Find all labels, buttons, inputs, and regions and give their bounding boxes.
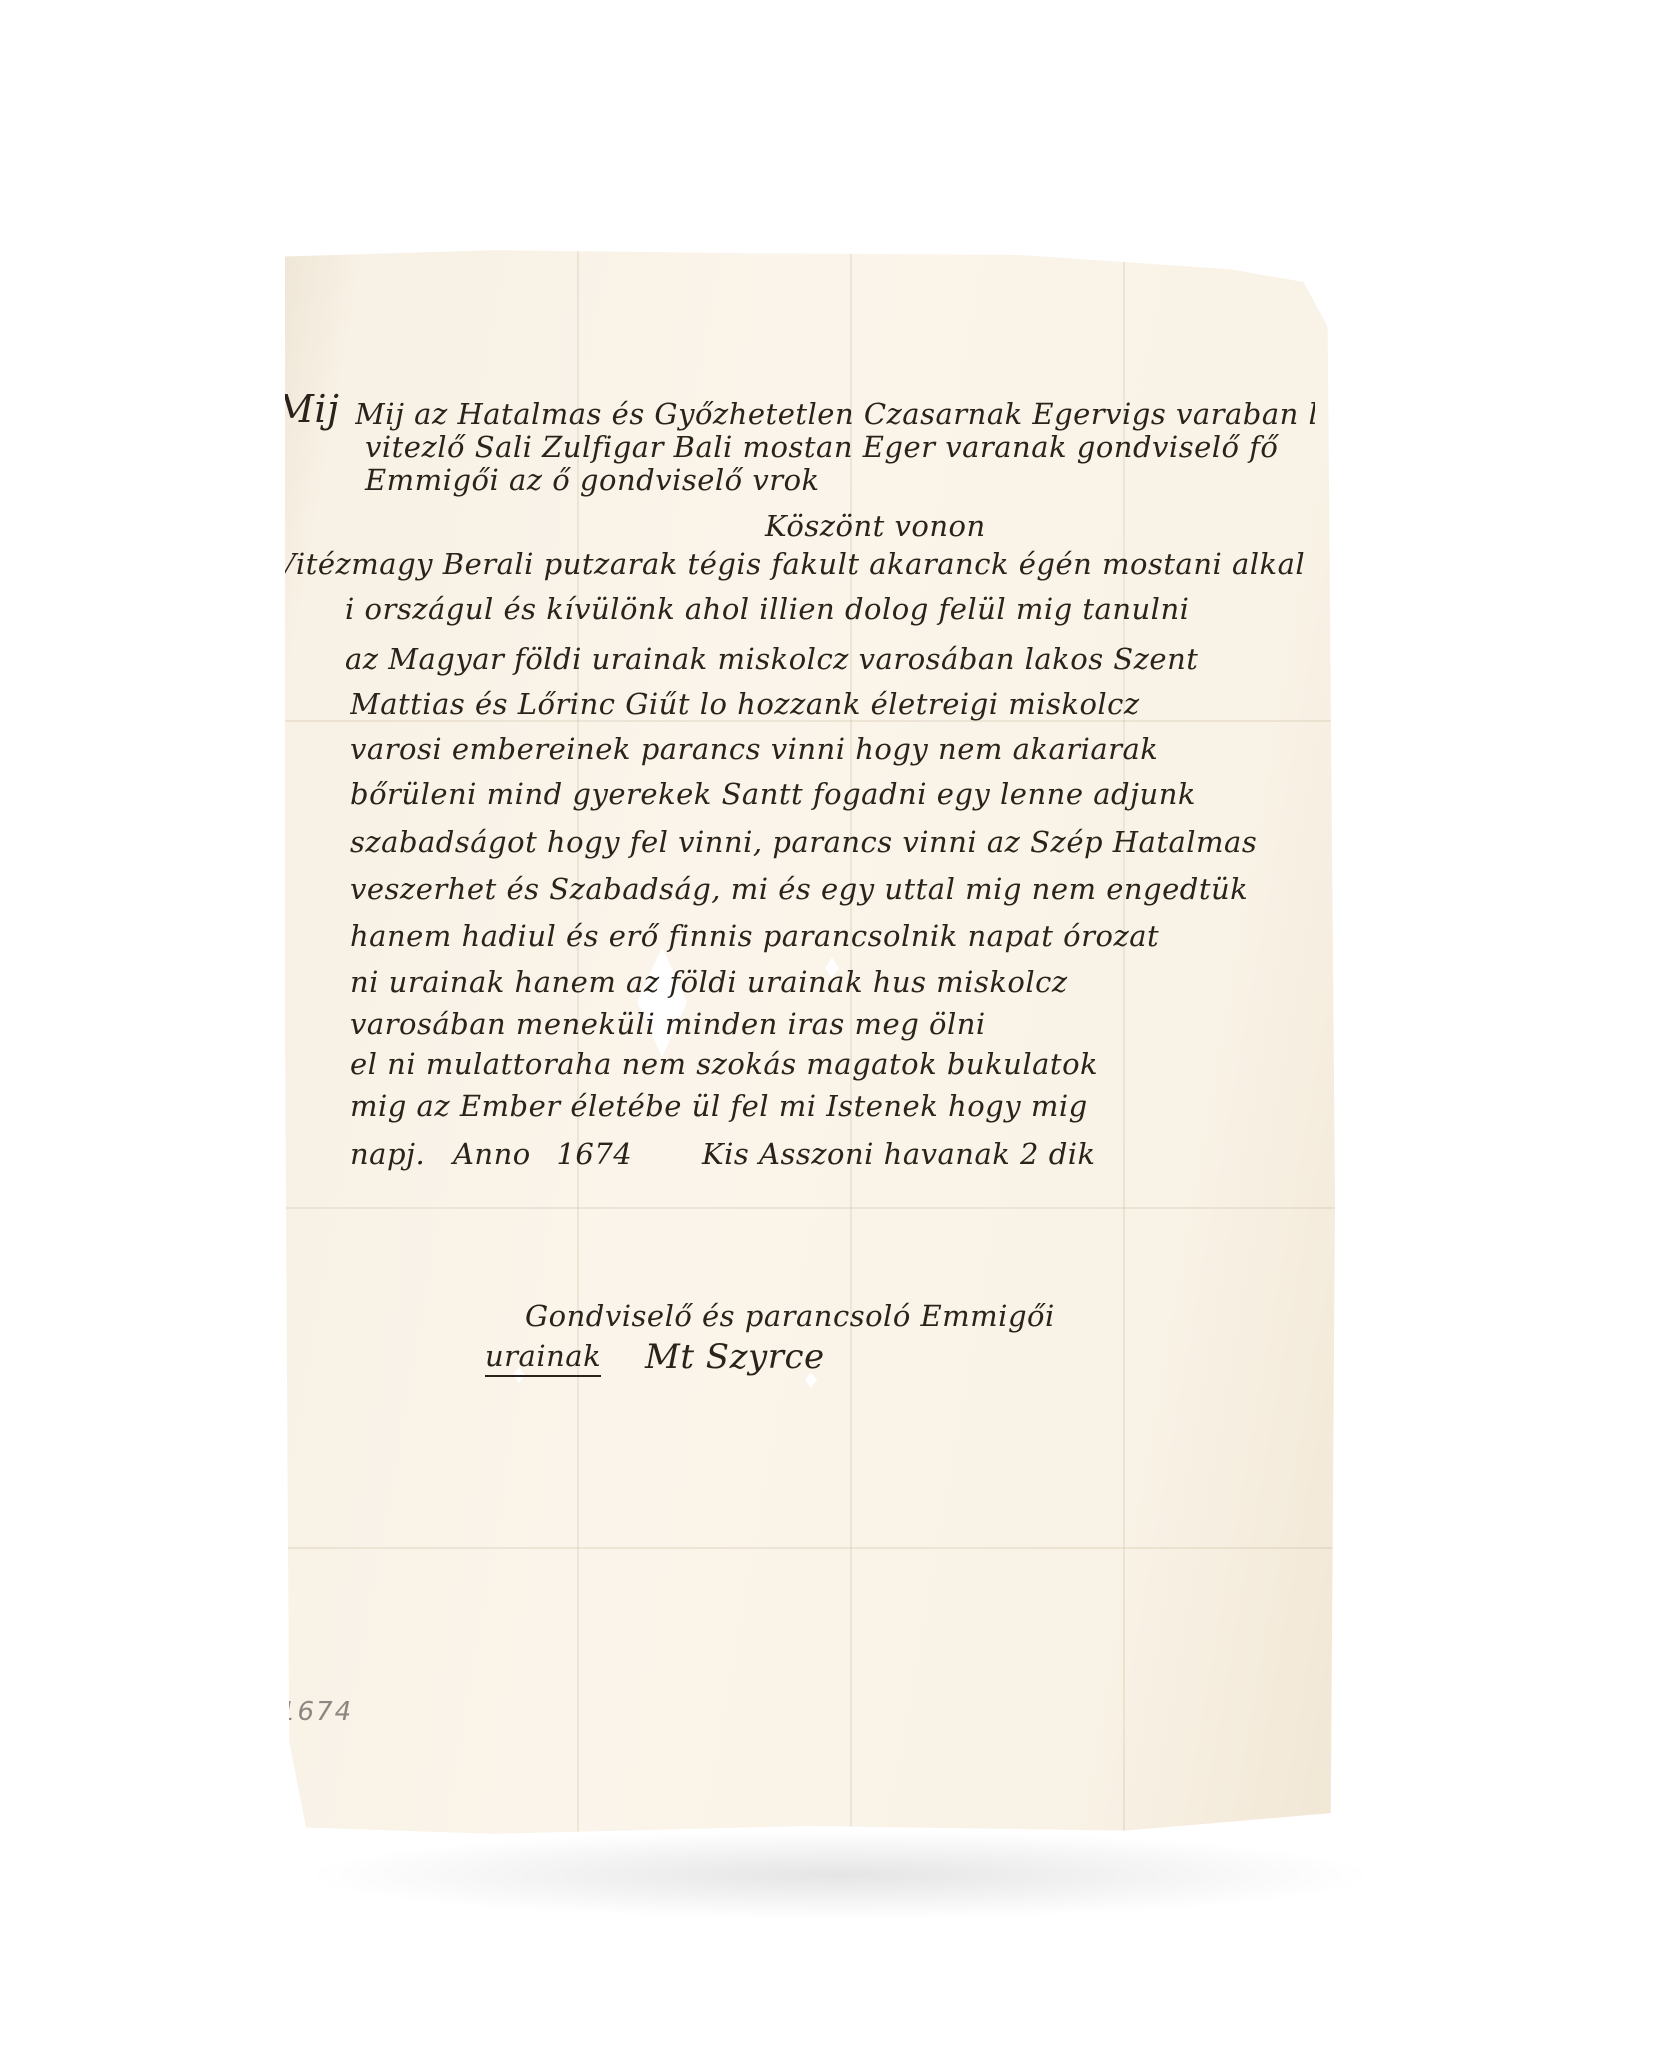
letter-sheet: Mij Mij az Hatalmas és Győzhetetlen Czas… xyxy=(285,247,1335,1837)
body-line: mig az Ember életébe ül fel mi Istenek h… xyxy=(350,1089,1315,1123)
body-line: Vitézmagy Berali putzarak tégis fakult a… xyxy=(275,547,1305,581)
date-rest: Kis Asszoni havanak 2 dik xyxy=(702,1137,1096,1171)
anno-label: Anno xyxy=(453,1137,531,1171)
date-line: napj. Anno 1674 Kis Asszoni havanak 2 di… xyxy=(350,1137,1096,1171)
date-year: 1674 xyxy=(556,1137,632,1171)
body-line: hanem hadiul és erő finnis parancsolnik … xyxy=(350,919,1315,953)
body-line: veszerhet és Szabadság, mi és egy uttal … xyxy=(350,872,1315,906)
pencil-annotation: 1674 xyxy=(279,1697,353,1727)
body-line: ni urainak hanem az földi urainak hus mi… xyxy=(350,965,1315,999)
date-prefix: napj. xyxy=(350,1137,425,1171)
body-line: szabadságot hogy fel vinni, parancs vinn… xyxy=(350,825,1315,859)
closing-line: urainak xyxy=(485,1339,601,1377)
body-line: bőrüleni mind gyerekek Santt fogadni egy… xyxy=(350,777,1315,811)
body-line: varosi embereinek parancs vinni hogy nem… xyxy=(350,732,1315,766)
fold-line xyxy=(285,1207,1335,1209)
heading-line: vitezlő Sali Zulfigar Bali mostan Eger v… xyxy=(365,430,1315,464)
heading-initial: Mij xyxy=(275,387,339,431)
fold-line xyxy=(1123,247,1125,1837)
salutation: Köszönt vonon xyxy=(765,509,986,543)
signature: Mt Szyrce xyxy=(645,1337,825,1377)
paper-shadow xyxy=(300,1830,1380,1920)
body-line: i országul és kívülönk ahol illien dolog… xyxy=(345,592,1315,626)
heading-line: Mij az Hatalmas és Győzhetetlen Czasarna… xyxy=(355,397,1315,431)
body-line: Mattias és Lőrinc Giűt lo hozzank életre… xyxy=(350,687,1315,721)
body-line: varosában meneküli minden iras meg ölni xyxy=(350,1007,1315,1041)
closing-line: Gondviselő és parancsoló Emmigői xyxy=(525,1299,1055,1333)
body-line: az Magyar földi urainak miskolcz varosáb… xyxy=(345,642,1315,676)
fold-line xyxy=(850,247,852,1837)
heading-line: Emmigői az ő gondviselő vrok xyxy=(365,463,820,497)
fold-line xyxy=(285,1547,1335,1549)
body-line: el ni mulattoraha nem szokás magatok buk… xyxy=(350,1047,1315,1081)
